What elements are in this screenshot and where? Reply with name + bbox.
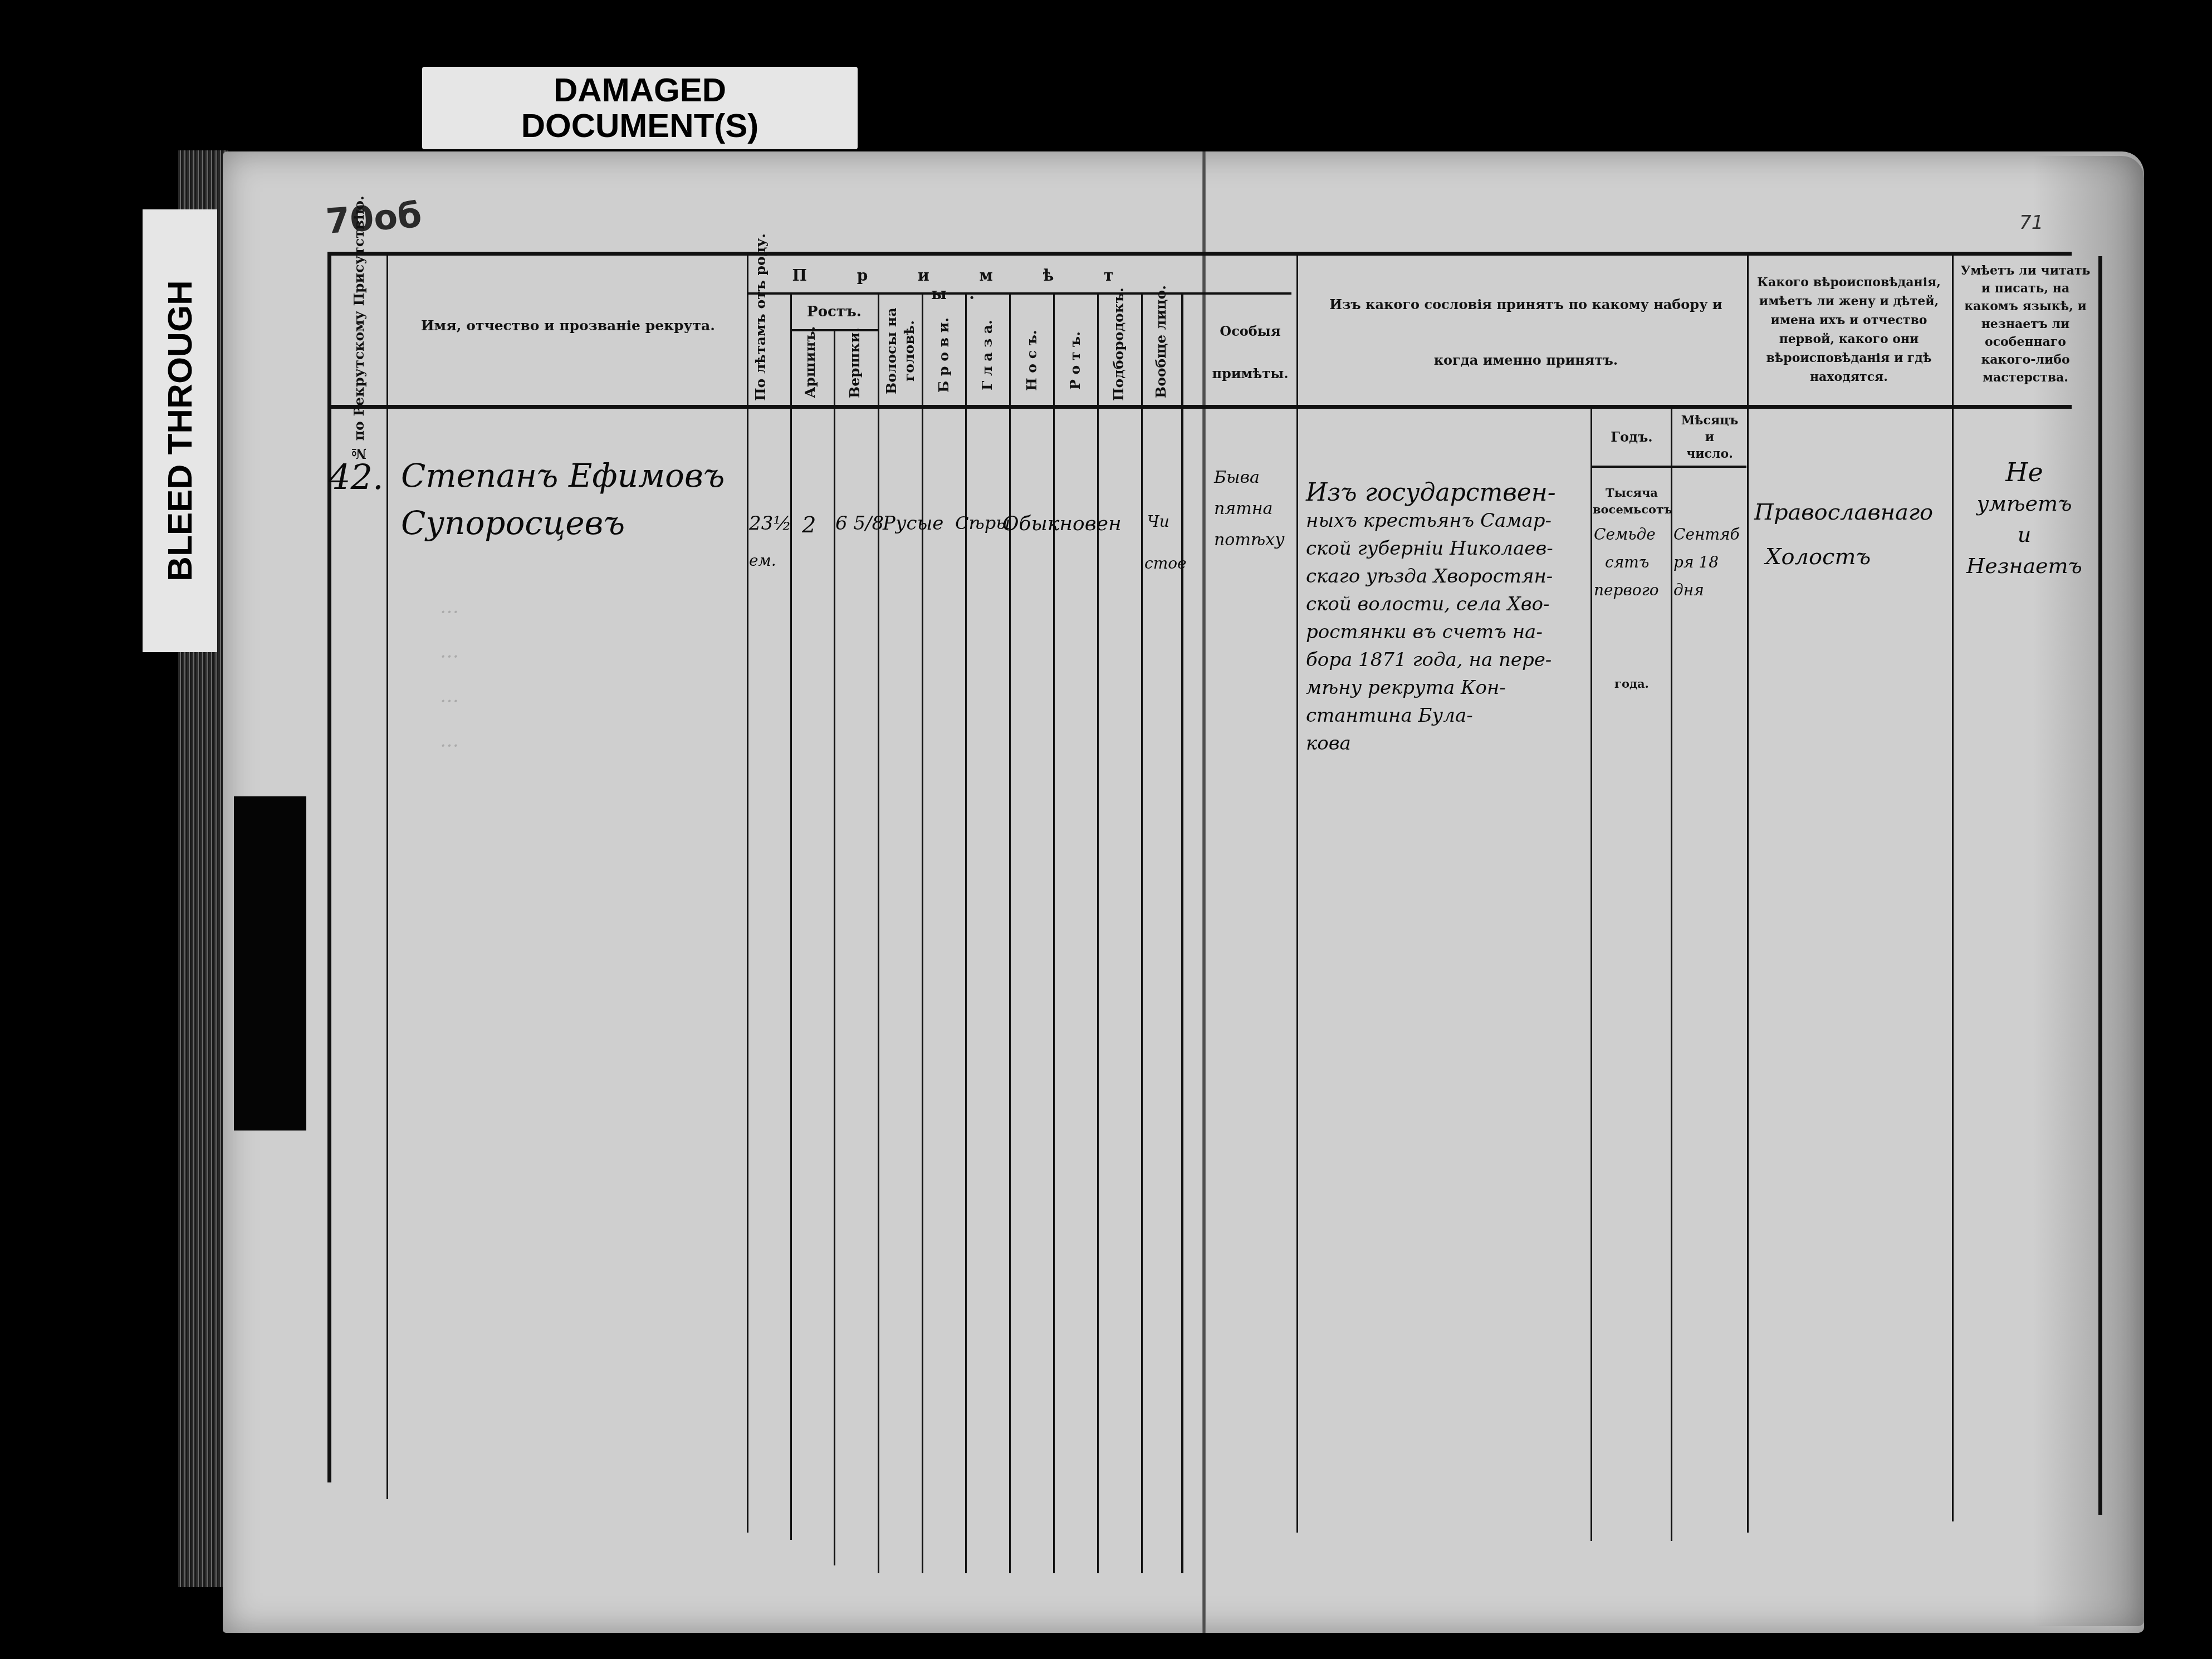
recruit-name-line-1: Степанъ Ефимовъ xyxy=(401,457,725,495)
special-marks-line: потѣху xyxy=(1214,525,1285,556)
folio-left: 70об xyxy=(325,194,423,242)
header-bottom-border xyxy=(327,405,2072,409)
damaged-document-label: DAMAGED DOCUMENT(S) xyxy=(422,67,858,149)
header-religion: Какого вѣроисповѣданія, имѣетъ ли жену и… xyxy=(1751,273,1946,386)
literacy-line: умѣетъ xyxy=(1960,488,2088,519)
header-chin: Подбородокъ. xyxy=(1110,304,1127,401)
header-eyes: Г л а з а. xyxy=(979,312,995,398)
damaged-label-line-2: DOCUMENT(S) xyxy=(521,108,759,144)
cell-hair: Русые xyxy=(883,512,943,535)
col-line xyxy=(1097,292,1099,1573)
header-month-day: Мѣсяцъ и число. xyxy=(1673,412,1746,462)
bleed-through-label: BLEED THROUGH xyxy=(143,209,217,652)
center-fold xyxy=(1202,151,1206,1633)
header-vershoks: Вершки. xyxy=(846,334,863,398)
origin-line: ской губерніи Николаев- xyxy=(1306,535,1590,562)
year-written-line: Семьде xyxy=(1594,521,1659,549)
bleed-line: … xyxy=(440,585,459,629)
year-written-line: первого xyxy=(1594,576,1659,604)
origin-line: стантина Була- xyxy=(1306,702,1590,730)
header-name: Имя, отчество и прозваніе рекрута. xyxy=(390,317,746,334)
folio-right: 71 xyxy=(2019,212,2043,234)
col-line xyxy=(1009,292,1011,1573)
origin-line: скаго уѣзда Хворостян- xyxy=(1306,562,1590,590)
bleed-line: … xyxy=(440,718,459,763)
bleed-through-text: BLEED THROUGH xyxy=(160,280,200,581)
header-month-day-1: Мѣсяцъ xyxy=(1673,412,1746,429)
cell-face-2: стое xyxy=(1144,554,1187,572)
cell-face-1: Чи xyxy=(1147,512,1169,531)
cell-age: 23½ xyxy=(749,512,791,535)
origin-line: мѣну рекрута Кон- xyxy=(1306,674,1590,702)
cell-eyes-nose: Обыкновен xyxy=(1002,512,1122,535)
literacy-line: и xyxy=(1960,519,2088,550)
bleed-through-text-left: … … … … xyxy=(440,585,459,763)
origin-line: кова xyxy=(1306,730,1590,757)
bleed-line: … xyxy=(440,629,459,674)
col-line xyxy=(1747,252,1749,1533)
marital-status: Холостъ xyxy=(1754,535,1933,579)
header-month-day-2: и xyxy=(1673,429,1746,446)
header-special-marks-2: примѣты. xyxy=(1208,365,1292,381)
religion-line: Православнаго xyxy=(1754,490,1933,535)
bleed-line: … xyxy=(440,674,459,718)
col-line xyxy=(965,292,967,1573)
origin-line: ростянки въ счетъ на- xyxy=(1306,618,1590,646)
table-right-border xyxy=(2098,256,2102,1515)
year-subheader-line xyxy=(1591,466,1746,468)
recruit-name-line-2: Супоросцевъ xyxy=(401,504,625,542)
header-arshins: Аршинъ. xyxy=(802,334,818,398)
header-year: Годъ. xyxy=(1593,429,1671,445)
header-month-day-3: число. xyxy=(1673,446,1746,462)
col-line xyxy=(747,252,748,1533)
col-line xyxy=(1053,292,1055,1573)
origin-line: бора 1871 года, на пере- xyxy=(1306,646,1590,674)
col-line xyxy=(790,292,792,1540)
header-nose: Н о с ъ. xyxy=(1024,323,1040,398)
cell-month-day: Сентяб ря 18 дня xyxy=(1673,521,1740,604)
origin-line: ныхъ крестьянъ Самар- xyxy=(1306,507,1590,535)
header-special-marks-1: Особыя xyxy=(1208,323,1292,339)
printed-year-suffix: года. xyxy=(1593,677,1671,691)
col-line xyxy=(1181,292,1183,1573)
header-recruit-number: № по Рекрутскому Присутствію. xyxy=(334,262,384,395)
origin-line: ской волости, села Хво- xyxy=(1306,590,1590,618)
cell-arshins: 2 xyxy=(802,512,816,538)
special-marks-line: Быва xyxy=(1214,462,1285,493)
cell-year-written: Семьде сятъ первого xyxy=(1594,521,1659,604)
printed-thousand: Тысяча xyxy=(1593,485,1671,501)
table-left-border xyxy=(327,252,331,1482)
row-number: 42. xyxy=(329,457,384,497)
literacy-line: Незнаетъ xyxy=(1960,550,2088,581)
col-line xyxy=(922,292,923,1573)
literacy-line: Не xyxy=(1960,457,2088,488)
header-literacy: Умѣетъ ли читать и писать, на какомъ язы… xyxy=(1956,262,2095,386)
year-written-line: сятъ xyxy=(1594,549,1659,576)
cell-literacy: Не умѣетъ и Незнаетъ xyxy=(1960,457,2088,581)
header-hair: Волосы на головѣ. xyxy=(883,304,919,398)
damaged-label-line-1: DAMAGED xyxy=(554,72,726,108)
printed-year-prefix: Тысяча восемьсотъ xyxy=(1593,485,1671,518)
col-line xyxy=(1952,252,1954,1521)
col-line xyxy=(386,252,388,1499)
header-age: По лѣтамъ отъ роду. xyxy=(752,304,788,401)
cell-religion: Православнаго Холостъ xyxy=(1754,490,1933,579)
table-top-border xyxy=(327,252,2072,256)
cell-age-note: ем. xyxy=(749,551,776,570)
printed-eight-hundred: восемьсотъ xyxy=(1593,501,1671,518)
damaged-edge-tab xyxy=(234,796,306,1131)
month-day-line: ря 18 xyxy=(1673,549,1740,576)
cell-special-marks: Быва пятна потѣху xyxy=(1214,462,1285,556)
origin-line: Изъ государствен- xyxy=(1306,479,1590,507)
header-height: Ростъ. xyxy=(790,304,878,320)
cell-vershoks: 6 5/8 xyxy=(835,512,884,535)
month-day-line: дня xyxy=(1673,576,1740,604)
col-line xyxy=(1141,292,1143,1573)
header-mouth: Р о т ъ. xyxy=(1067,323,1083,398)
header-origin-2: когда именно принятъ. xyxy=(1303,352,1749,368)
special-marks-line: пятна xyxy=(1214,493,1285,525)
month-day-line: Сентяб xyxy=(1673,521,1740,549)
col-line xyxy=(1671,405,1672,1541)
col-line xyxy=(1591,405,1592,1541)
col-line xyxy=(1296,252,1298,1533)
header-brows: Б р о в и. xyxy=(936,312,952,398)
col-line xyxy=(878,292,879,1573)
header-face: Вообще лицо. xyxy=(1153,304,1169,398)
cell-origin: Изъ государствен- ныхъ крестьянъ Самар- … xyxy=(1306,479,1590,757)
header-origin-1: Изъ какого сословія принятъ по какому на… xyxy=(1303,296,1749,312)
